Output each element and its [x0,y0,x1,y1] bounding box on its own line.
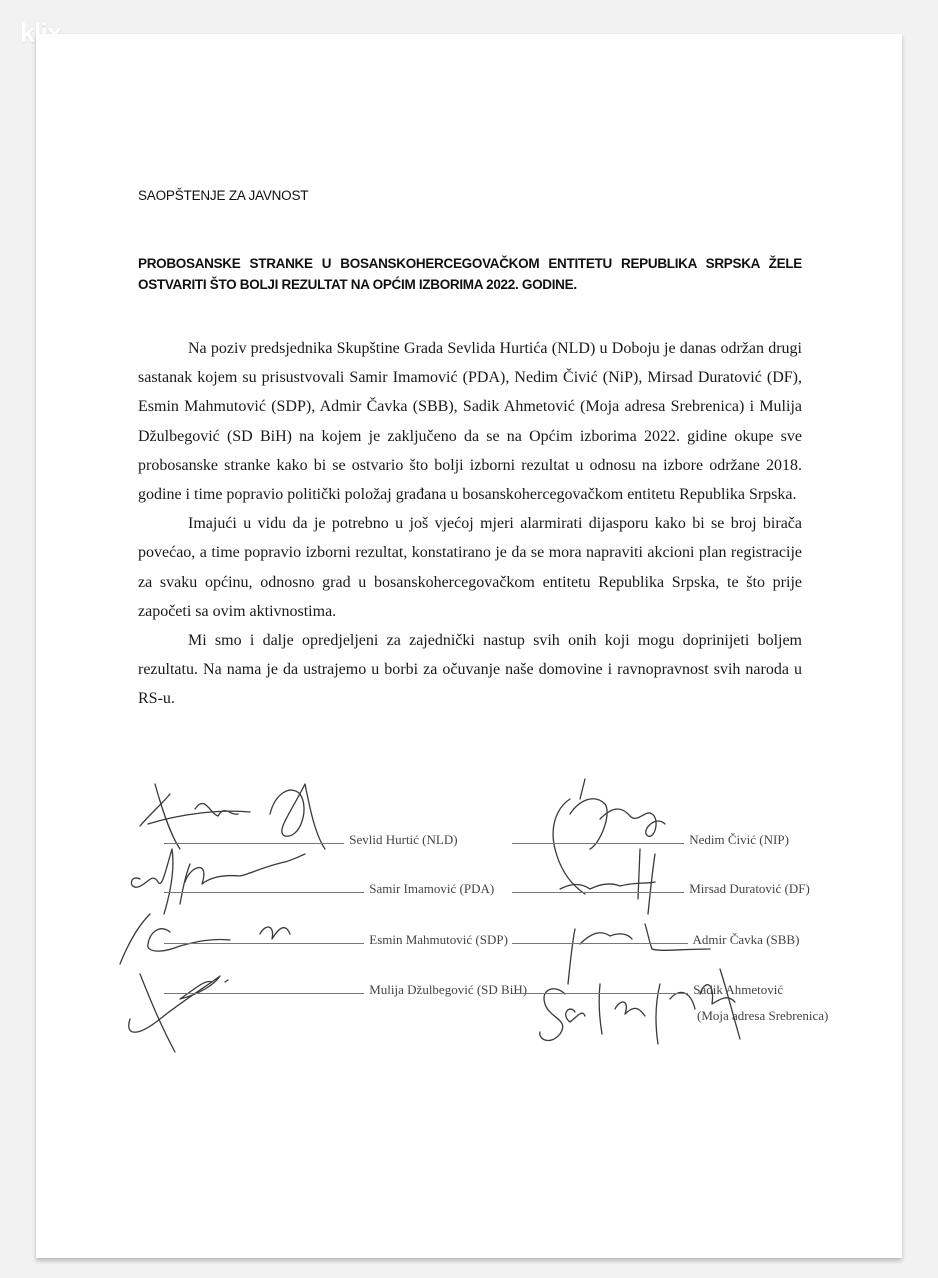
signatory-affiliation: (Moja adresa Srebrenica) [697,1008,828,1024]
document-body: Na poziv predsjednika Skupštine Grada Se… [138,334,802,714]
signatory-name: Mirsad Duratović (DF) [689,881,810,896]
signature-line-duratovic: Mirsad Duratović (DF) [512,881,810,897]
signatory-name: Esmin Mahmutović (SDP) [369,932,508,947]
signature-line-hurtic: Sevlid Hurtić (NLD) [164,832,458,848]
signature-line-imamovic: Samir Imamović (PDA) [164,881,494,897]
signature-rule [512,842,684,844]
signature-rule [164,891,364,893]
signatory-name: Samir Imamović (PDA) [369,881,494,896]
paragraph: Imajući u vidu da je potrebno u još vjeć… [138,509,802,626]
paragraph: Mi smo i dalje opredjeljeni za zajedničk… [138,626,802,714]
signature-line-civic: Nedim Čivić (NIP) [512,832,789,848]
signature-rule [512,891,684,893]
document-page: SAOPŠTENJE ZA JAVNOST PROBOSANSKE STRANK… [36,34,902,1258]
paragraph: Na poziv predsjednika Skupštine Grada Se… [138,334,802,509]
signature-block: Sevlid Hurtić (NLD) Samir Imamović (PDA)… [100,754,860,1054]
signature-rule [164,992,364,994]
signature-line-mahmutovic: Esmin Mahmutović (SDP) [164,932,508,948]
signatory-name: Sadik Ahmetović [693,982,783,997]
signatory-name: Admir Čavka (SBB) [693,932,800,947]
press-release-label: SAOPŠTENJE ZA JAVNOST [138,188,308,203]
signatory-name: Sevlid Hurtić (NLD) [349,832,457,847]
signature-rule [164,942,364,944]
document-headline: PROBOSANSKE STRANKE U BOSANSKOHERCEGOVAČ… [138,253,802,295]
signature-line-ahmetovic: Sadik Ahmetović [512,982,783,998]
signatory-name: Mulija Džulbegović (SD BiH) [369,982,527,997]
signature-rule [164,842,344,844]
signature-line-cavka: Admir Čavka (SBB) [512,932,799,948]
signature-line-dzulbegovic: Mulija Džulbegović (SD BiH) [164,982,527,998]
signature-rule [512,942,688,944]
signature-rule [512,992,688,994]
signatory-name: Nedim Čivić (NIP) [689,832,789,847]
